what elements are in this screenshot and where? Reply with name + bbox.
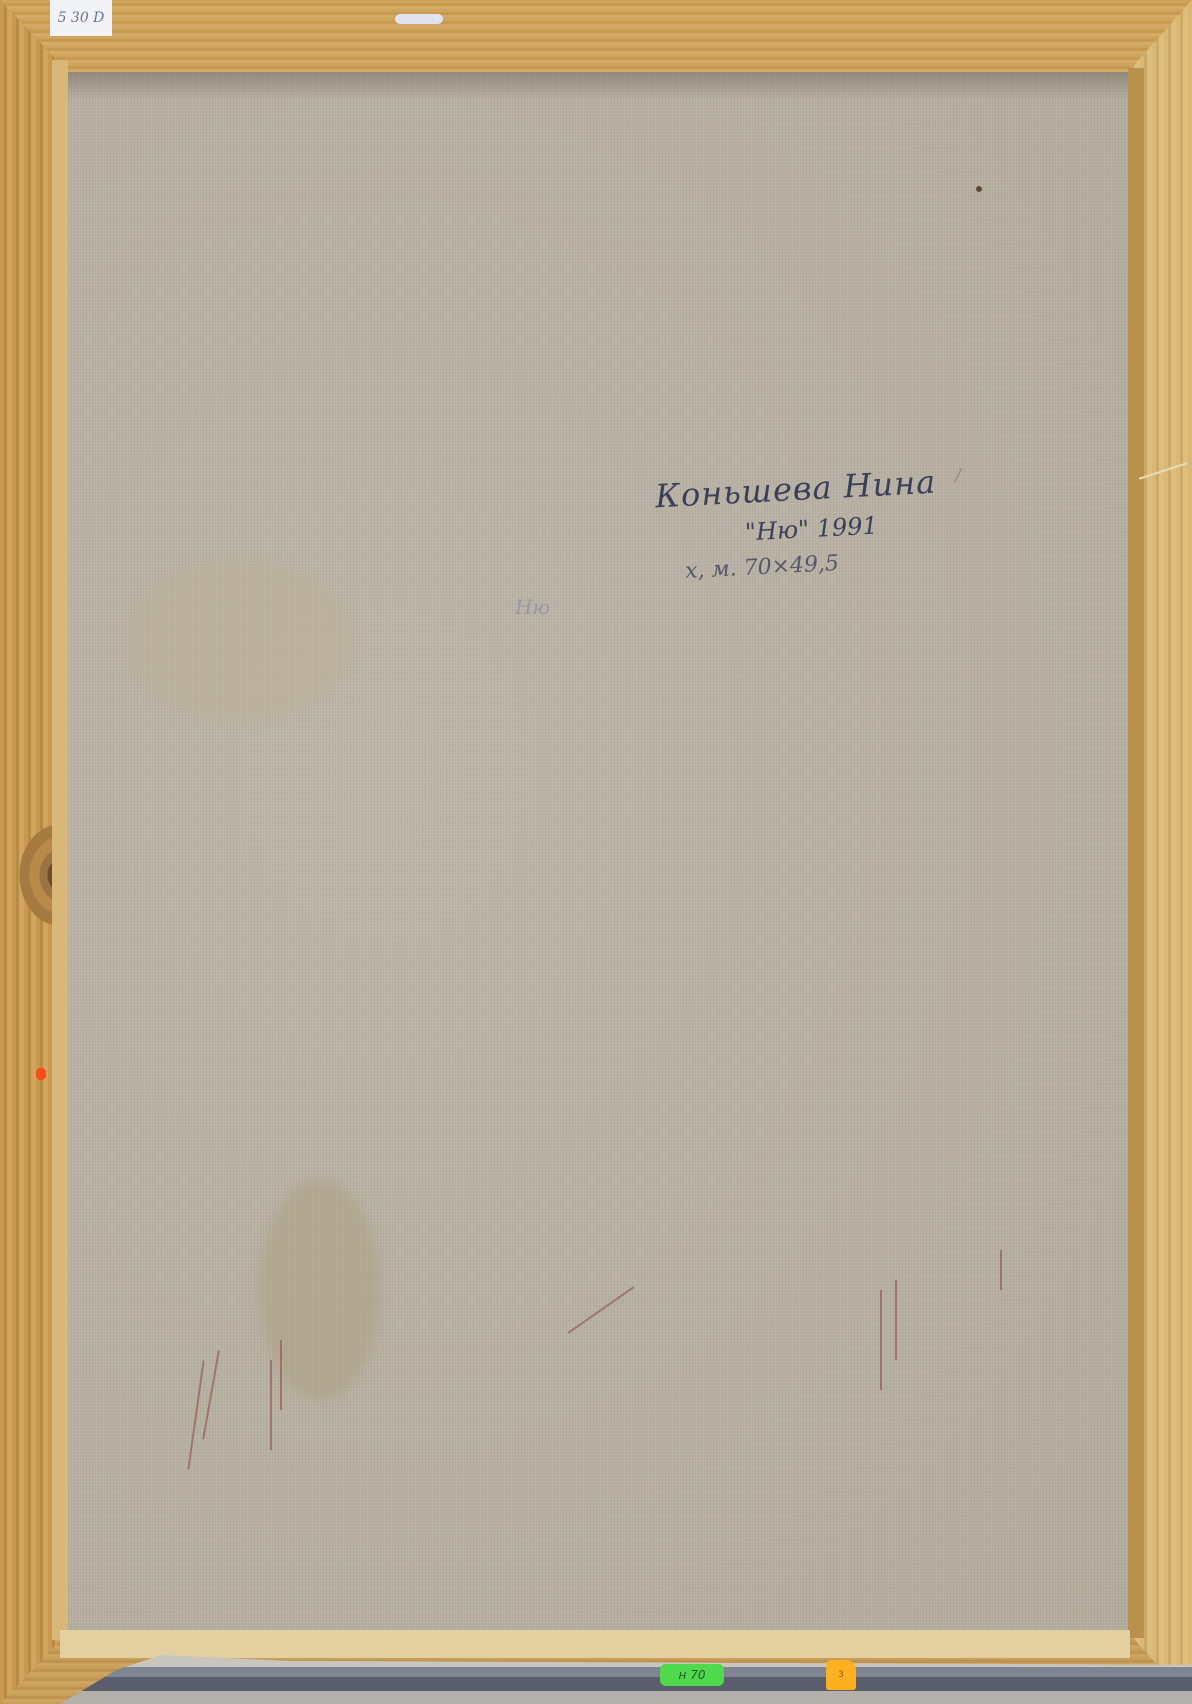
orange-paint-spot [36,1068,46,1080]
bleed-through-sketch-mark [280,1340,282,1410]
bleed-through-sketch-mark [880,1290,882,1390]
bleed-through-sketch-mark [270,1360,272,1450]
faint-inscription: Ню [515,595,550,619]
orange-sticker: 3 [826,1660,856,1690]
frame-inner-edge-left [52,60,68,1640]
bleed-through-sketch-mark [1000,1250,1002,1290]
nail-head [976,186,982,192]
canvas-back [68,72,1128,1632]
bleed-through-stain [260,1180,380,1400]
tape-scrap [395,14,443,24]
green-sticker: н 70 [660,1664,724,1686]
canvas-shadow [68,72,1128,100]
bleed-through-stain [130,560,350,720]
bleed-through-sketch-mark [895,1280,897,1360]
side-mark: / [955,465,961,486]
price-label-sticker: 5 30 D [50,0,112,36]
frame-inner-edge-right [1128,68,1144,1638]
wood-knot [0,800,60,950]
frame-inner-edge-bottom [60,1630,1130,1658]
stretcher-frame-top [0,0,1192,75]
